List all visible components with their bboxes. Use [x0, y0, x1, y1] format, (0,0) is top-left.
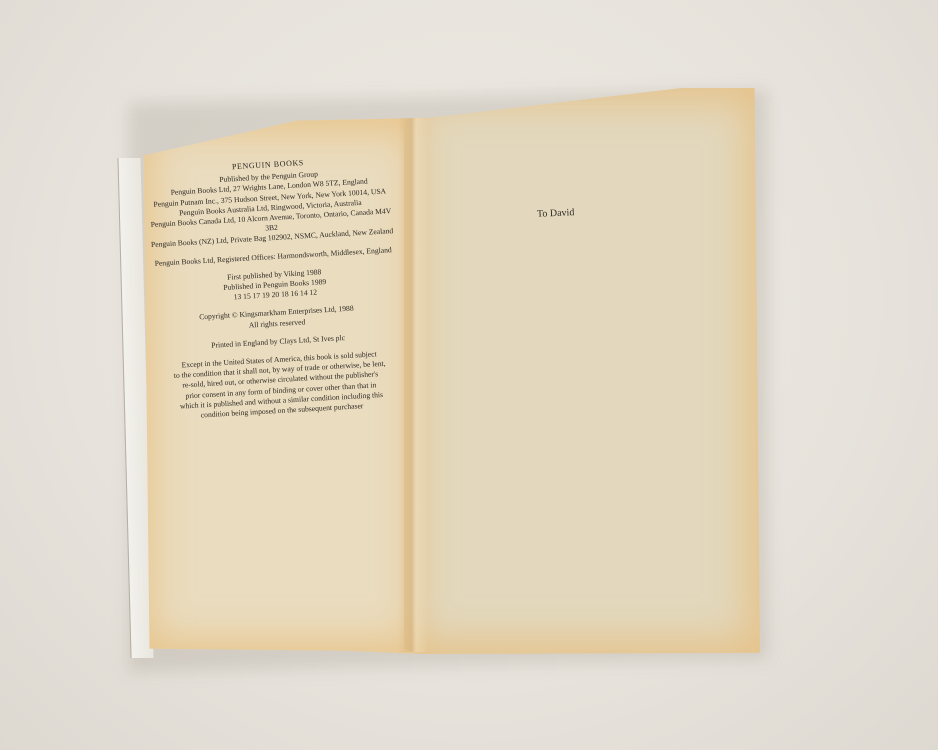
dedication: To David [537, 207, 575, 220]
right-page [404, 88, 760, 654]
copyright-imprint: PENGUIN BOOKS Published by the Penguin G… [143, 153, 407, 423]
